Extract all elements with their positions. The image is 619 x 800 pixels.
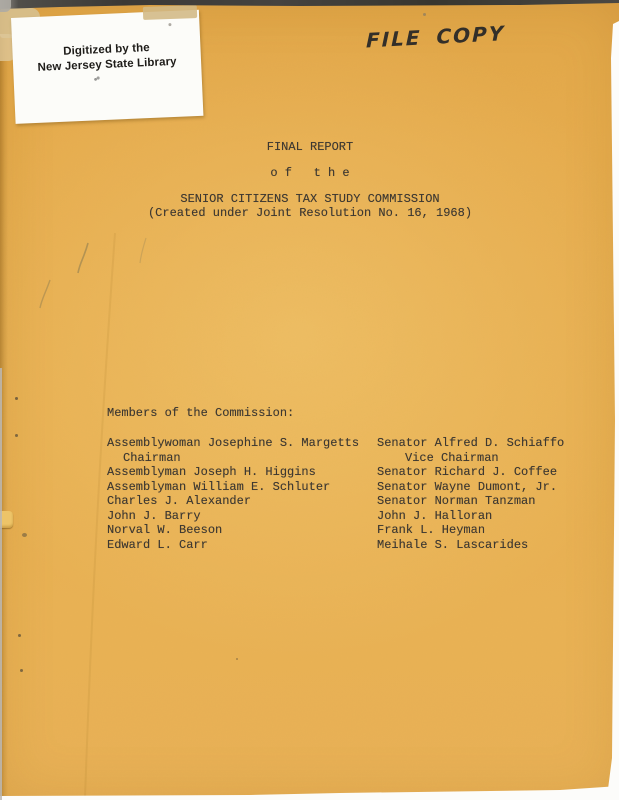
member-name: Meihale S. Lascarides	[377, 538, 564, 553]
member-name: Senator Richard J. Coffee	[377, 465, 564, 480]
member-name: Assemblyman Joseph H. Higgins	[107, 465, 359, 480]
member-name: Assemblywoman Josephine S. Margetts	[107, 436, 359, 451]
tape-mark-top	[143, 5, 197, 20]
member-name: Senator Alfred D. Schiaffo	[377, 436, 564, 451]
members-left-column: Assemblywoman Josephine S. Margetts Chai…	[107, 436, 359, 552]
member-name: Senator Norman Tanzman	[377, 494, 564, 509]
commission-name: SENIOR CITIZENS TAX STUDY COMMISSION	[80, 193, 540, 206]
members-heading: Members of the Commission:	[107, 406, 294, 420]
label-smudge-mark	[94, 76, 100, 81]
ink-speck	[22, 533, 27, 537]
report-title-connector: o f t h e	[80, 167, 540, 180]
digitization-label: Digitized by the New Jersey State Librar…	[11, 10, 203, 124]
member-role: Vice Chairman	[377, 451, 564, 466]
resolution-note: (Created under Joint Resolution No. 16, …	[80, 207, 540, 220]
ink-speck	[20, 669, 23, 672]
member-name: John J. Barry	[107, 509, 359, 524]
member-name: Charles J. Alexander	[107, 494, 359, 509]
member-name: John J. Halloran	[377, 509, 564, 524]
member-name: Frank L. Heyman	[377, 523, 564, 538]
members-right-column: Senator Alfred D. Schiaffo Vice Chairman…	[377, 436, 564, 552]
member-name: Norval W. Beeson	[107, 523, 359, 538]
scan-viewport: FINAL REPORT o f t h e SENIOR CITIZENS T…	[0, 0, 619, 800]
report-title: FINAL REPORT	[80, 141, 540, 154]
scanner-edge-left	[0, 368, 2, 800]
ink-speck	[236, 658, 238, 660]
member-role: Chairman	[107, 451, 359, 466]
ink-speck	[15, 397, 18, 400]
member-name: Assemblyman William E. Schluter	[107, 480, 359, 495]
ink-speck	[18, 634, 21, 637]
member-name: Edward L. Carr	[107, 538, 359, 553]
ink-speck	[15, 434, 18, 437]
member-name: Senator Wayne Dumont, Jr.	[377, 480, 564, 495]
ink-speck	[423, 13, 426, 16]
